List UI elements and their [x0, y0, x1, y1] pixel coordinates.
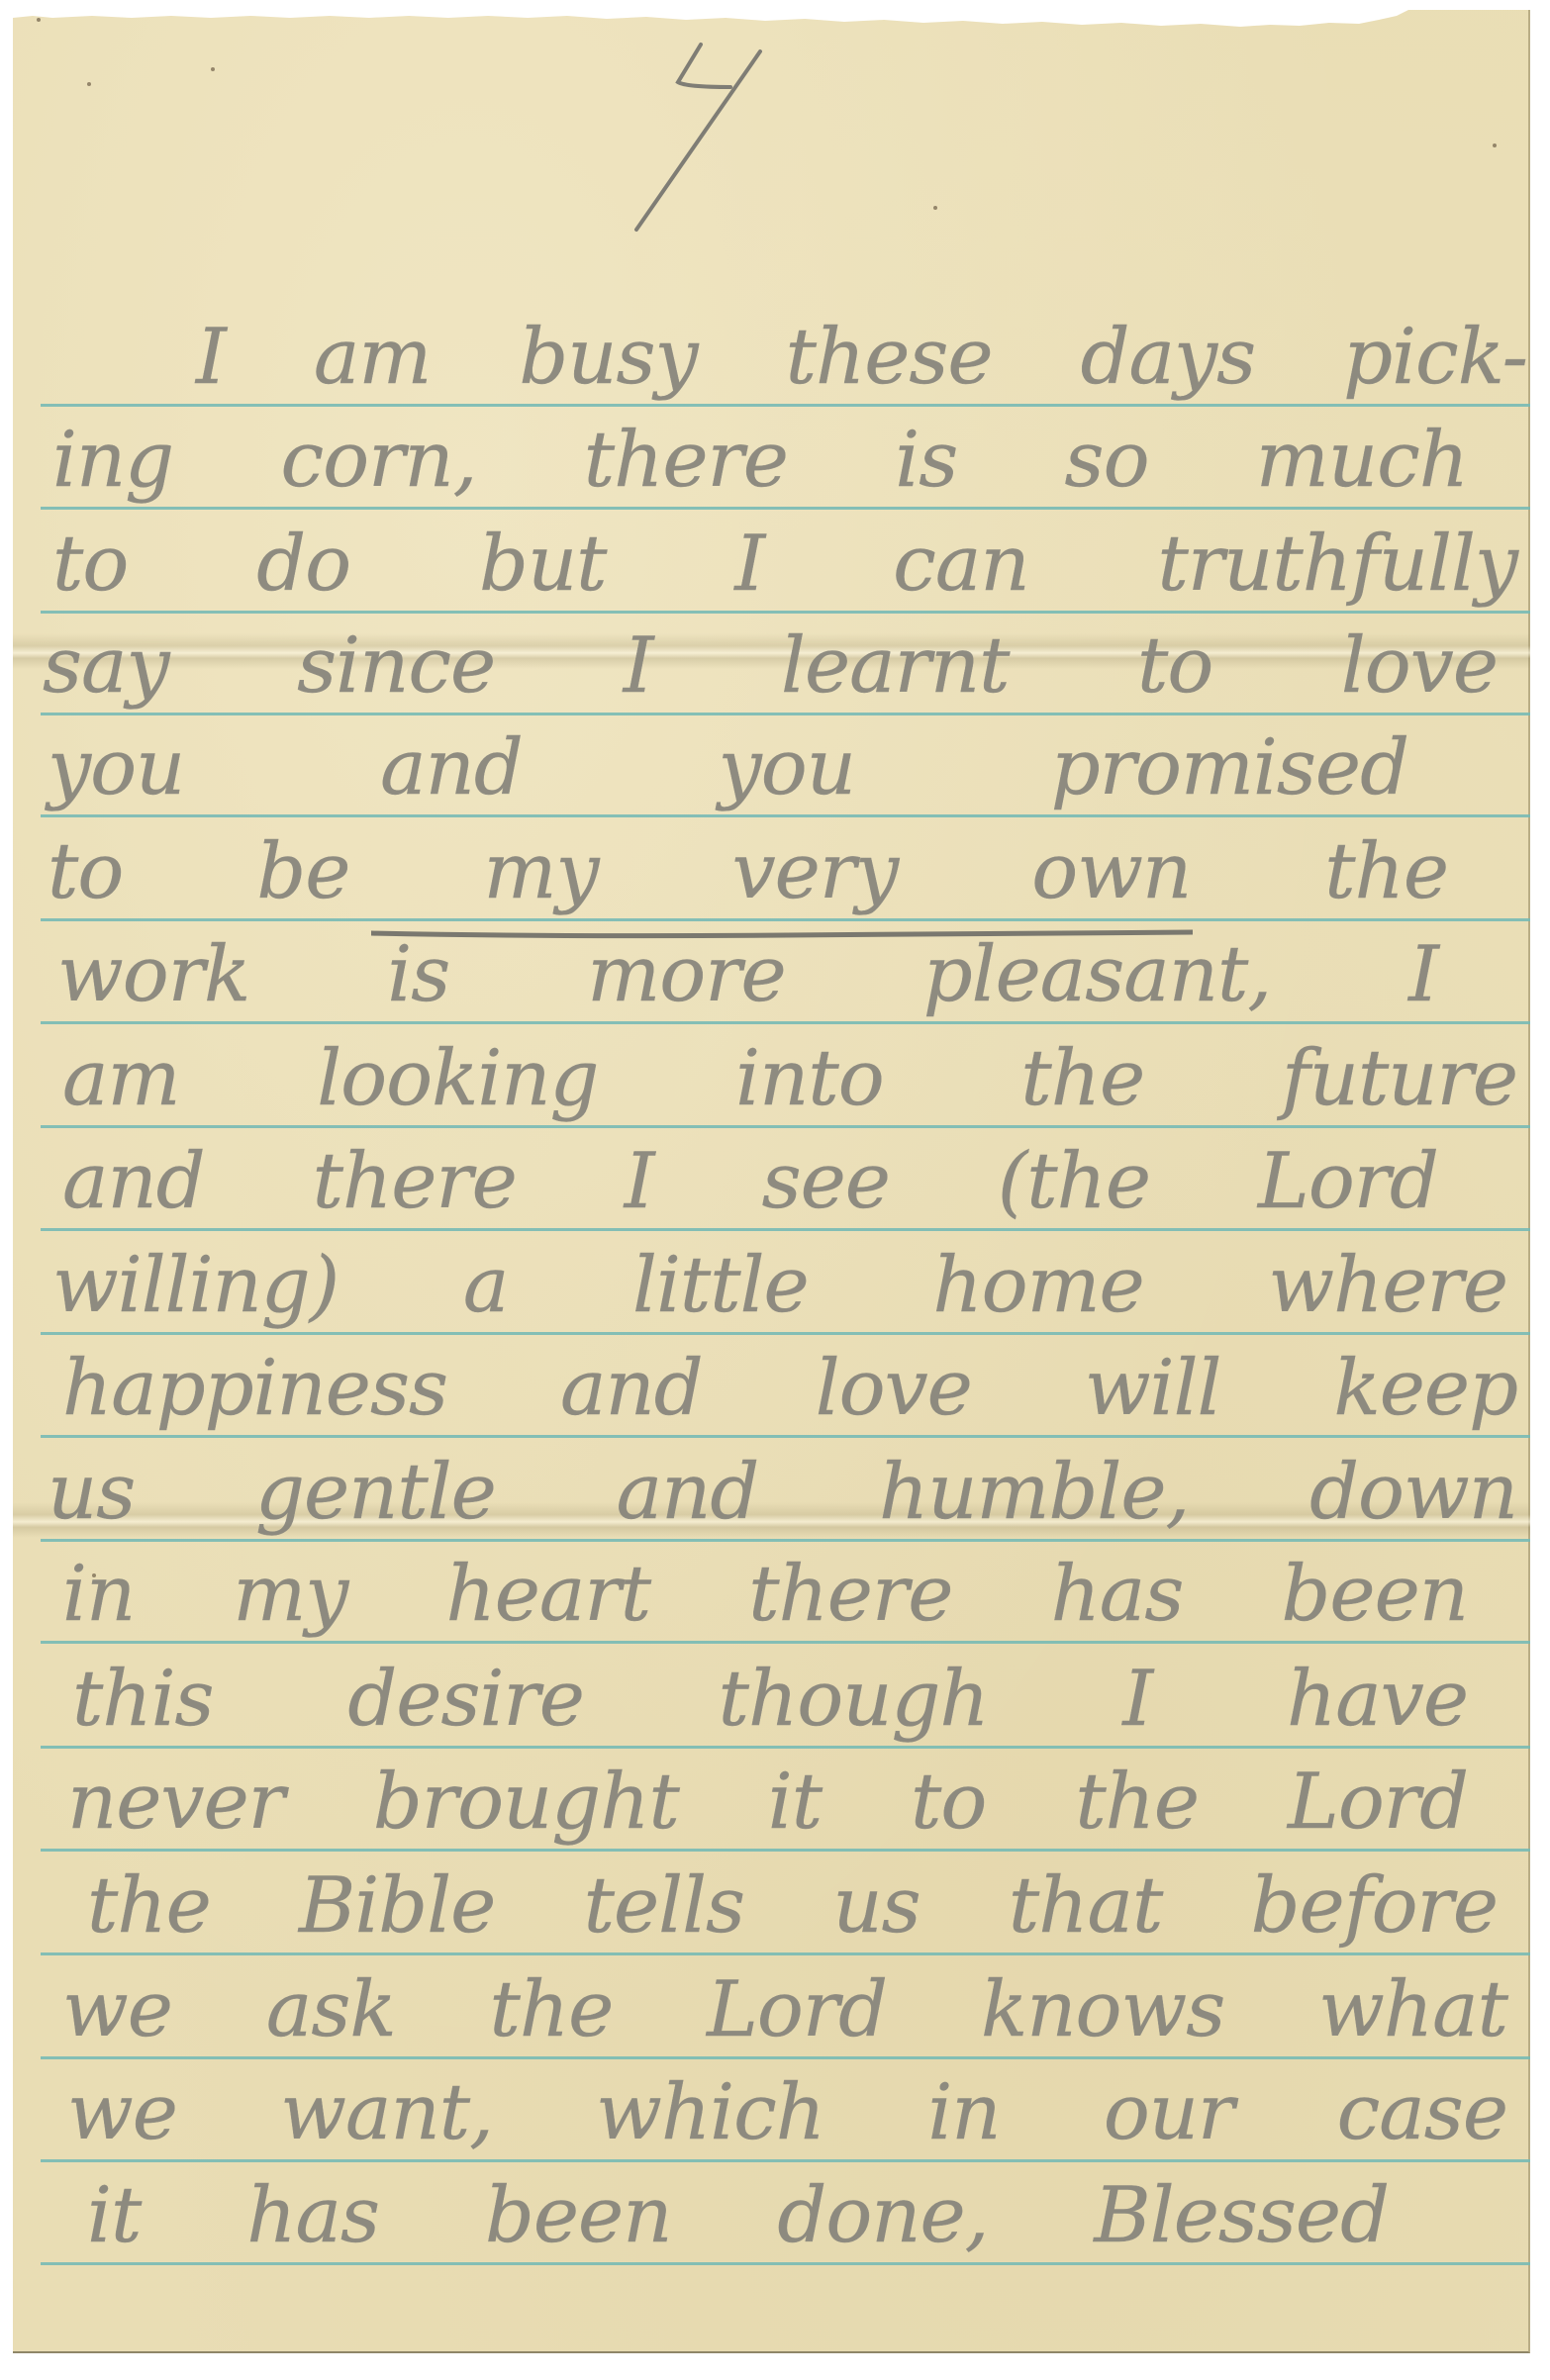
text-line-1: I am busy these days pick- [196, 310, 1527, 405]
text-line-10: willing) a little home where [52, 1238, 1507, 1333]
text-line-8: am looking into the future [62, 1031, 1517, 1126]
text-line-12: us gentle and humble, down [48, 1445, 1517, 1540]
text-line-16: the Bible tells us that before [87, 1858, 1498, 1953]
paper-speck [37, 18, 41, 22]
text-line-3: to do but I can truthfully [52, 517, 1517, 612]
letter-page: 4 I am busy these days pick- ing corn, t… [13, 10, 1530, 2353]
text-line-5: you and you promised [48, 720, 1408, 815]
text-line-4: say since I learnt to love [43, 619, 1498, 714]
text-line-15: never brought it to the Lord [67, 1755, 1468, 1850]
text-line-18: we want, which in our case [67, 2065, 1507, 2160]
paper-speck [211, 67, 215, 71]
torn-top-edge [13, 10, 1530, 32]
page-number-4 [617, 30, 785, 247]
paper-speck [933, 206, 937, 210]
paper-speck [1493, 143, 1497, 147]
text-line-14: this desire though I have [72, 1652, 1468, 1747]
text-line-7: work is more pleasant, I [57, 927, 1438, 1022]
text-line-13: in my heart there has been [62, 1547, 1468, 1642]
text-line-6: to be my very own the [48, 824, 1448, 919]
underline-my-very-own [371, 928, 1193, 940]
paper-speck [87, 82, 91, 86]
text-line-11: happiness and love will keep [62, 1341, 1517, 1436]
text-line-17: we ask the Lord knows what [62, 1962, 1507, 2057]
text-line-2: ing corn, there is so much [52, 413, 1468, 508]
paper-speck [92, 1573, 96, 1577]
text-line-9: and there I see (the Lord [62, 1134, 1438, 1229]
text-line-19: it has been done, Blessed [87, 2168, 1389, 2263]
